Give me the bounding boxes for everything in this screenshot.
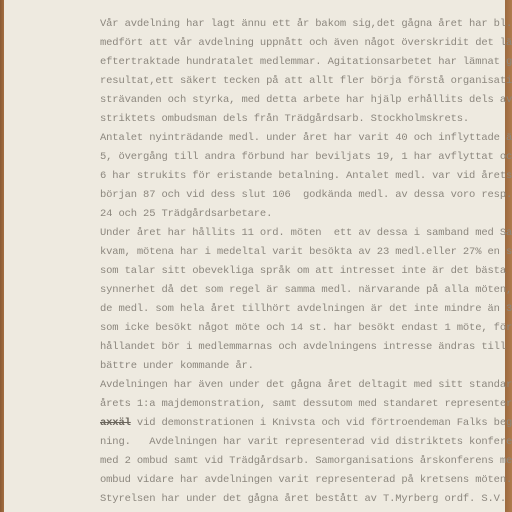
text-line: Under året har hållits 11 ord. möten ett… — [100, 224, 510, 243]
text-line: strävanden och styrka, med detta arbete … — [100, 91, 510, 110]
text-line: Styrelsen har under det gågna året bestå… — [100, 490, 510, 509]
text-line: striktets ombudsman dels från Trädgårdsa… — [100, 110, 510, 129]
text-line: som icke besökt något möte och 14 st. ha… — [100, 319, 510, 338]
text-line: årets 1:a majdemonstration, samt dessuto… — [100, 395, 510, 414]
text-line: de medl. som hela året tillhört avdelnin… — [100, 300, 510, 319]
text-line: som talar sitt obevekliga språk om att i… — [100, 262, 510, 281]
text-line: Vår avdelning har lagt ännu ett år bakom… — [100, 15, 510, 34]
text-line: ombud vidare har avdelningen varit repre… — [100, 471, 510, 490]
text-line: bättre under kommande år. — [100, 357, 510, 376]
text-line: början 87 och vid dess slut 106 godkända… — [100, 186, 510, 205]
text-line: 6 har strukits för eristande betalning. … — [100, 167, 510, 186]
struck-word: axxäl — [100, 417, 131, 429]
text-line: med 2 ombud samt vid Trädgårdsarb. Samor… — [100, 452, 510, 471]
text-line: hållandet bör i medlemmarnas och avdelni… — [100, 338, 510, 357]
text-line: synnerhet då det som regel är samma medl… — [100, 281, 510, 300]
text-line: ning. Avdelningen har varit representera… — [100, 433, 510, 452]
text-line: Avdelningen har även under det gågna åre… — [100, 376, 510, 395]
text-line: axxäl vid demonstrationen i Knivsta och … — [100, 414, 510, 433]
text-line: 5, övergång till andra förbund har bevil… — [100, 148, 510, 167]
typewritten-text: Vår avdelning har lagt ännu ett år bakom… — [100, 15, 510, 509]
text-line: eftertraktade hundratalet medlemmar. Agi… — [100, 53, 510, 72]
wood-background-left — [0, 0, 4, 512]
text-line: kvam, mötena har i medeltal varit besökt… — [100, 243, 510, 262]
text-line: medfört att vår avdelning uppnått och äv… — [100, 34, 510, 53]
text-line: Antalet nyinträdande medl. under året ha… — [100, 129, 510, 148]
text-line: 24 och 25 Trädgårdsarbetare. — [100, 205, 510, 224]
text-line: resultat,ett säkert tecken på att allt f… — [100, 72, 510, 91]
